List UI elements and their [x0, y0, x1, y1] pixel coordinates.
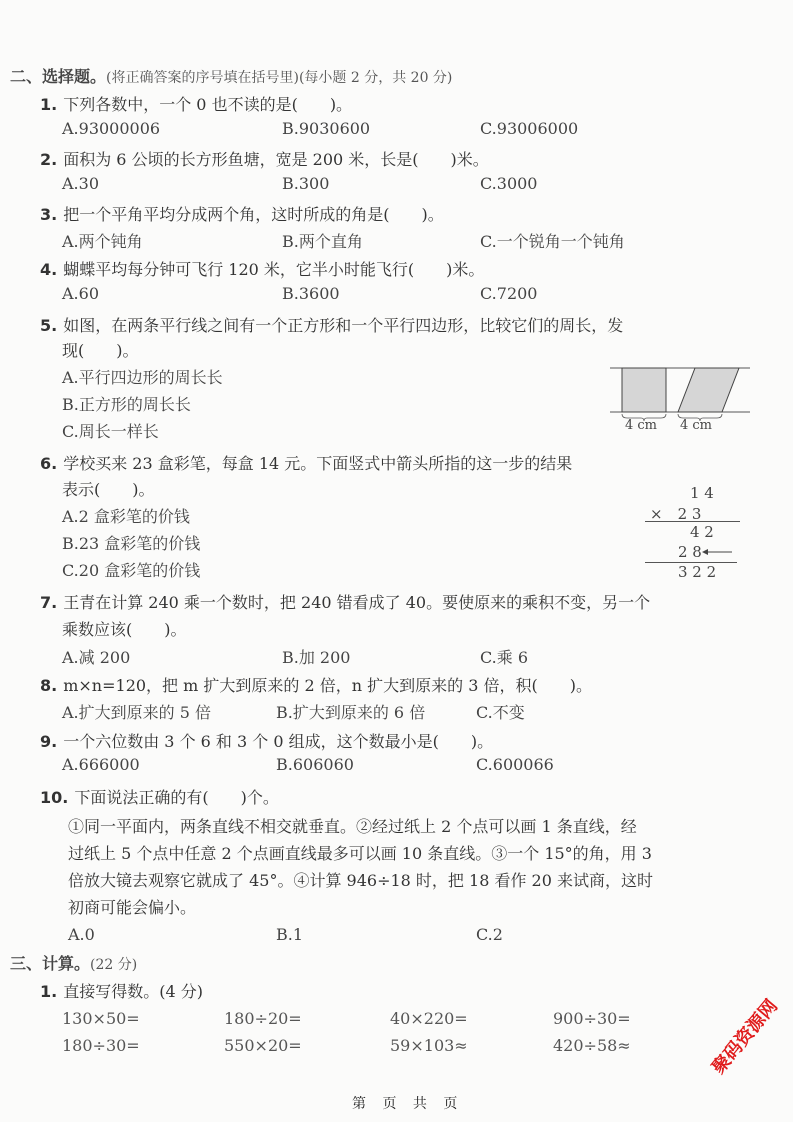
q10-body-line-2: 过纸上 5 个点中任意 2 个点画直线最多可以画 10 条直线。③一个 15°的…: [68, 841, 652, 864]
question-text: m×n=120，把 m 扩大到原来的 2 倍，n 扩大到原来的 3 倍，积( )…: [63, 676, 592, 695]
question-text: 蝴蝶平均每分钟可飞行 120 米，它半小时能飞行( )米。: [63, 260, 484, 279]
calc-r1-c4: 900÷30=: [553, 1009, 631, 1028]
q9-option-c: C.600066: [476, 755, 554, 774]
q5-option-b: B.正方形的周长长: [62, 392, 191, 415]
q9-option-a: A.666000: [62, 755, 140, 774]
watermark: 聚码资源网: [705, 993, 783, 1079]
q1-option-c: C.93006000: [480, 119, 578, 138]
question-text: 下面说法正确的有( )个。: [74, 788, 279, 807]
question-text: 面积为 6 公顷的长方形鱼塘，宽是 200 米，长是( )米。: [63, 150, 489, 169]
page-footer: 第 页 共 页: [352, 1093, 463, 1113]
question-text: 直接写得数。(4 分): [63, 982, 203, 1001]
section-3-sub-1: 1.直接写得数。(4 分): [40, 979, 203, 1002]
question-number: 1.: [40, 982, 57, 1001]
question-text: 一个六位数由 3 个 6 和 3 个 0 组成，这个数最小是( )。: [63, 732, 493, 751]
q4-option-b: B.3600: [282, 284, 340, 303]
q6-option-a: A.2 盒彩笔的价钱: [62, 504, 190, 527]
question-8: 8.m×n=120，把 m 扩大到原来的 2 倍，n 扩大到原来的 3 倍，积(…: [40, 673, 592, 696]
vertical-result: 3 2 2: [678, 563, 716, 581]
calc-r1-c1: 130×50=: [62, 1009, 140, 1028]
q10-option-b: B.1: [276, 925, 303, 944]
calc-r2-c2: 550×20=: [224, 1036, 302, 1055]
section-3-title: 三、计算。: [10, 954, 90, 973]
q8-option-c: C.不变: [476, 700, 525, 723]
vertical-line-1: [645, 521, 740, 522]
vertical-partial-2: 2 8: [678, 543, 702, 561]
question-7-cont: 乘数应该( )。: [62, 617, 187, 640]
q5-option-c: C.周长一样长: [62, 419, 159, 442]
question-text: 王青在计算 240 乘一个数时，把 240 错看成了 40。要使原来的乘积不变，…: [63, 593, 650, 612]
q7-option-b: B.加 200: [282, 645, 350, 668]
question-6: 6.学校买来 23 盒彩笔，每盒 14 元。下面竖式中箭头所指的这一步的结果: [40, 451, 572, 474]
vertical-partial-1: 4 2: [690, 523, 714, 541]
question-3: 3.把一个平角平均分成两个角，这时所成的角是( )。: [40, 202, 444, 225]
calc-r2-c3: 59×103≈: [390, 1036, 468, 1055]
q4-option-c: C.7200: [480, 284, 537, 303]
q10-body-line-4: 初商可能会偏小。: [68, 895, 196, 918]
q10-option-c: C.2: [476, 925, 503, 944]
q6-option-b: B.23 盒彩笔的价钱: [62, 531, 200, 554]
question-text: 下列各数中，一个 0 也不读的是( )。: [63, 95, 352, 114]
question-9: 9.一个六位数由 3 个 6 和 3 个 0 组成，这个数最小是( )。: [40, 729, 493, 752]
figure-label-parallelogram: 4 cm: [680, 418, 712, 433]
q3-option-b: B.两个直角: [282, 229, 363, 252]
question-number: 7.: [40, 593, 57, 612]
calc-r1-c2: 180÷20=: [224, 1009, 302, 1028]
q9-option-b: B.606060: [276, 755, 354, 774]
q10-body-line-1: ①同一平面内，两条直线不相交就垂直。②经过纸上 2 个点可以画 1 条直线，经: [68, 814, 637, 837]
q10-body-line-3: 倍放大镜去观察它就成了 45°。④计算 946÷18 时，把 18 看作 20 …: [68, 868, 653, 891]
figure-label-square: 4 cm: [625, 418, 657, 433]
question-7: 7.王青在计算 240 乘一个数时，把 240 错看成了 40。要使原来的乘积不…: [40, 590, 650, 613]
section-2-title: 二、选择题。: [10, 67, 106, 86]
q2-option-a: A.30: [62, 174, 99, 193]
section-2-header: 二、选择题。(将正确答案的序号填在括号里)(每小题 2 分，共 20 分): [10, 64, 452, 87]
arrow-left-icon: [702, 552, 732, 553]
vertical-top: 1 4: [690, 484, 714, 502]
question-number: 3.: [40, 205, 57, 224]
question-5: 5.如图，在两条平行线之间有一个正方形和一个平行四边形，比较它们的周长，发: [40, 313, 623, 336]
question-1: 1.下列各数中，一个 0 也不读的是( )。: [40, 92, 352, 115]
q7-option-a: A.减 200: [62, 645, 130, 668]
question-5-cont: 现( )。: [62, 338, 139, 361]
question-number: 10.: [40, 788, 68, 807]
q5-option-a: A.平行四边形的周长长: [62, 365, 223, 388]
calc-r2-c1: 180÷30=: [62, 1036, 140, 1055]
question-number: 8.: [40, 676, 57, 695]
q6-option-c: C.20 盒彩笔的价钱: [62, 558, 200, 581]
q8-option-a: A.扩大到原来的 5 倍: [62, 700, 211, 723]
q1-option-b: B.9030600: [282, 119, 370, 138]
q10-option-a: A.0: [68, 925, 95, 944]
q2-option-c: C.3000: [480, 174, 537, 193]
question-number: 6.: [40, 454, 57, 473]
question-6-cont: 表示( )。: [62, 477, 155, 500]
question-number: 9.: [40, 732, 57, 751]
section-3-note: (22 分): [90, 957, 137, 973]
question-4: 4.蝴蝶平均每分钟可飞行 120 米，它半小时能飞行( )米。: [40, 257, 484, 280]
q3-option-c: C.一个锐角一个钝角: [480, 229, 625, 252]
question-text: 如图，在两条平行线之间有一个正方形和一个平行四边形，比较它们的周长，发: [63, 316, 623, 335]
q1-option-a: A.93000006: [62, 119, 160, 138]
section-3-header: 三、计算。(22 分): [10, 951, 137, 974]
q7-option-c: C.乘 6: [480, 645, 528, 668]
question-number: 4.: [40, 260, 57, 279]
calc-r1-c3: 40×220=: [390, 1009, 468, 1028]
section-2-note: (将正确答案的序号填在括号里)(每小题 2 分，共 20 分): [106, 70, 452, 86]
q2-option-b: B.300: [282, 174, 329, 193]
question-text: 学校买来 23 盒彩笔，每盒 14 元。下面竖式中箭头所指的这一步的结果: [63, 454, 572, 473]
q8-option-b: B.扩大到原来的 6 倍: [276, 700, 425, 723]
question-number: 2.: [40, 150, 57, 169]
question-2: 2.面积为 6 公顷的长方形鱼塘，宽是 200 米，长是( )米。: [40, 147, 489, 170]
question-number: 5.: [40, 316, 57, 335]
question-number: 1.: [40, 95, 57, 114]
calc-r2-c4: 420÷58≈: [553, 1036, 631, 1055]
question-10: 10.下面说法正确的有( )个。: [40, 785, 279, 808]
question-text: 把一个平角平均分成两个角，这时所成的角是( )。: [63, 205, 444, 224]
q4-option-a: A.60: [62, 284, 99, 303]
q3-option-a: A.两个钝角: [62, 229, 143, 252]
